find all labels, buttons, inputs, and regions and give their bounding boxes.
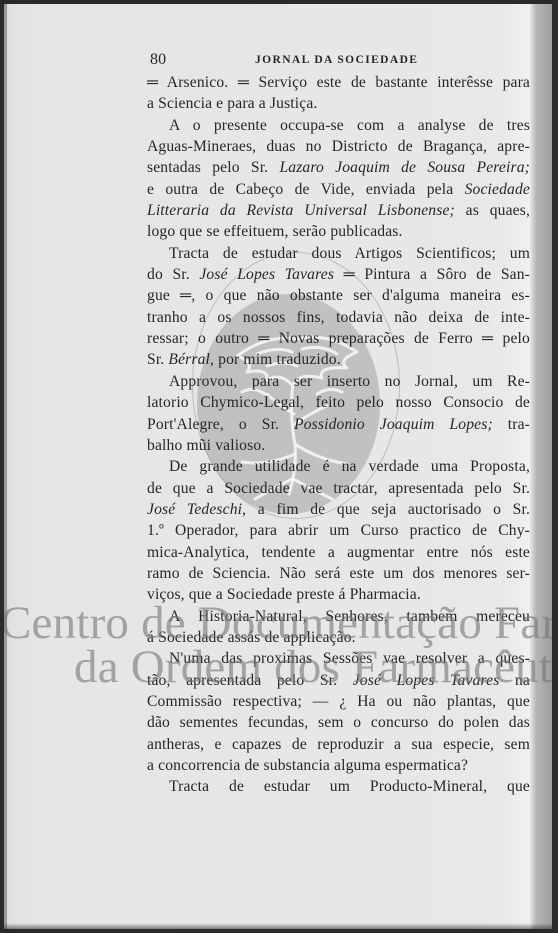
- text-line: tranho a os nossos fins, todavia não dei…: [147, 307, 530, 328]
- journal-title: JORNAL DA SOCIEDADE: [255, 50, 418, 70]
- text-segment: tranho a os nossos fins, todavia não dei…: [147, 309, 530, 326]
- text-line: José Tedeschi, a fim de que seja auctori…: [147, 499, 530, 520]
- text-line: logo que se effeituem, serão publicadas.: [147, 221, 530, 242]
- text-segment: a concorrencia de substancia alguma espe…: [147, 757, 468, 774]
- text-segment: Approvou, para ser inserto no Jornal, um…: [169, 373, 530, 390]
- text-line: A o presente occupa-se com a analyse de …: [147, 115, 530, 136]
- text-line: Aguas-Mineraes, duas no Districto de Bra…: [147, 136, 530, 157]
- italic-name: José Lopes Tavares: [353, 672, 500, 689]
- book-page: 80 JORNAL DA SOCIEDADE ═ Arsenico. ═ Ser…: [4, 4, 552, 929]
- text-segment: De grande utilidade é na verdade uma Pro…: [169, 458, 530, 475]
- text-segment: dão sementes fecundas, sem o concurso do…: [147, 714, 530, 731]
- text-segment: logo que se effeituem, serão publicadas.: [147, 223, 403, 240]
- text-line: latorio Chymico-Legal, feito pelo nosso …: [147, 392, 530, 413]
- text-segment: Commissão respectiva; — ¿ Ha ou não plan…: [147, 693, 530, 710]
- text-line: e outra de Cabeço de Vide, enviada pela …: [147, 179, 530, 200]
- text-line: Approvou, para ser inserto no Jornal, um…: [147, 371, 530, 392]
- italic-name: José Lopes Tavares: [199, 266, 334, 283]
- text-line: Litteraria da Revista Universal Lisbonen…: [147, 200, 530, 221]
- text-line: Tracta de estudar dous Artigos Scientifi…: [147, 243, 530, 264]
- text-segment: á Sociedade assás de applicação.: [147, 629, 356, 646]
- text-line: A Historia-Natural, Senhores, tambem mer…: [147, 606, 530, 627]
- text-segment: tra-: [493, 416, 530, 433]
- text-segment: viços, que a Sociedade preste á Pharmaci…: [147, 586, 421, 603]
- text-line: Port'Alegre, o Sr. Possidonio Joaquim Lo…: [147, 414, 530, 435]
- italic-name: Lazaro Joaquim de Sousa Pereira;: [279, 159, 530, 176]
- text-segment: N'uma das proximas Sessões vae resolver …: [169, 650, 530, 667]
- text-segment: latorio Chymico-Legal, feito pelo nosso …: [147, 394, 530, 411]
- text-line: ═ Arsenico. ═ Serviço este de bastante i…: [147, 72, 530, 93]
- text-segment: A o presente occupa-se com a analyse de …: [169, 117, 530, 134]
- text-line: viços, que a Sociedade preste á Pharmaci…: [147, 584, 530, 605]
- text-segment: ressar; o outro ═ Novas preparações de F…: [147, 330, 530, 347]
- text-segment: Tracta de estudar um Producto-Mineral, q…: [169, 778, 530, 795]
- text-segment: 1.º Operador, para abrir um Curso practi…: [147, 522, 530, 539]
- text-line: de que a Sociedade vae tractar, apresent…: [147, 478, 530, 499]
- text-segment: mica-Analytica, tendente a augmentar ent…: [147, 544, 530, 561]
- text-segment: na: [499, 672, 530, 689]
- text-segment: do Sr.: [147, 266, 199, 283]
- text-line: balho mũi valioso.: [147, 435, 530, 456]
- body-text: ═ Arsenico. ═ Serviço este de bastante i…: [147, 72, 530, 798]
- running-header: 80 JORNAL DA SOCIEDADE: [147, 50, 530, 70]
- text-segment: ═ Pintura a Sôro de San-: [334, 266, 530, 283]
- text-segment: a Sciencia e para a Justiça.: [147, 95, 317, 112]
- text-segment: de que a Sociedade vae tractar, apresent…: [147, 480, 530, 497]
- text-line: Sr. Bérral, por mim traduzido.: [147, 349, 530, 370]
- text-segment: Sr.: [147, 351, 168, 368]
- text-line: Tracta de estudar um Producto-Mineral, q…: [147, 776, 530, 797]
- text-line: a concorrencia de substancia alguma espe…: [147, 755, 530, 776]
- text-line: dão sementes fecundas, sem o concurso do…: [147, 712, 530, 733]
- italic-name: Possidonio Joaquim Lopes;: [294, 416, 493, 433]
- text-segment: , por mim traduzido.: [210, 351, 341, 368]
- italic-name: José Tedeschi: [147, 501, 242, 518]
- text-segment: antheras, e capazes de reproduzir a sua …: [147, 736, 530, 753]
- text-segment: e outra de Cabeço de Vide, enviada pela: [147, 181, 465, 198]
- text-line: tão, apresentada pelo Sr. José Lopes Tav…: [147, 670, 530, 691]
- text-segment: Tracta de estudar dous Artigos Scientifi…: [169, 245, 530, 262]
- text-segment: Aguas-Mineraes, duas no Districto de Bra…: [147, 138, 530, 155]
- text-segment: balho mũi valioso.: [147, 437, 265, 454]
- text-line: mica-Analytica, tendente a augmentar ent…: [147, 542, 530, 563]
- text-segment: as quaes,: [455, 202, 530, 219]
- text-segment: ═ Arsenico. ═ Serviço este de bastante i…: [147, 74, 530, 91]
- text-line: sentadas pelo Sr. Lazaro Joaquim de Sous…: [147, 157, 530, 178]
- page-gutter-shadow: [528, 4, 552, 929]
- text-segment: Port'Alegre, o Sr.: [147, 416, 294, 433]
- text-line: ressar; o outro ═ Novas preparações de F…: [147, 328, 530, 349]
- text-line: Commissão respectiva; — ¿ Ha ou não plan…: [147, 691, 530, 712]
- italic-name: Sociedade: [465, 181, 530, 198]
- text-line: antheras, e capazes de reproduzir a sua …: [147, 734, 530, 755]
- text-segment: A Historia-Natural, Senhores, tambem mer…: [169, 608, 530, 625]
- text-line: á Sociedade assás de applicação.: [147, 627, 530, 648]
- text-segment: gue ═, o que não obstante ser d'alguma m…: [147, 287, 530, 304]
- page-text: 80 JORNAL DA SOCIEDADE ═ Arsenico. ═ Ser…: [147, 50, 530, 798]
- text-segment: sentadas pelo Sr.: [147, 159, 279, 176]
- text-line: 1.º Operador, para abrir um Curso practi…: [147, 520, 530, 541]
- text-line: do Sr. José Lopes Tavares ═ Pintura a Sô…: [147, 264, 530, 285]
- italic-name: Bérral: [168, 351, 210, 368]
- text-line: a Sciencia e para a Justiça.: [147, 93, 530, 114]
- italic-name: Litteraria da Revista Universal Lisbonen…: [147, 202, 455, 219]
- text-segment: ramo de Sciencia. Não será este um dos m…: [147, 565, 530, 582]
- page-number: 80: [150, 50, 166, 70]
- text-segment: , a fim de que seja auctorisado o Sr.: [242, 501, 530, 518]
- text-line: De grande utilidade é na verdade uma Pro…: [147, 456, 530, 477]
- scan-frame: 80 JORNAL DA SOCIEDADE ═ Arsenico. ═ Ser…: [0, 0, 558, 933]
- text-line: gue ═, o que não obstante ser d'alguma m…: [147, 285, 530, 306]
- text-segment: tão, apresentada pelo Sr.: [147, 672, 353, 689]
- text-line: ramo de Sciencia. Não será este um dos m…: [147, 563, 530, 584]
- text-line: N'uma das proximas Sessões vae resolver …: [147, 648, 530, 669]
